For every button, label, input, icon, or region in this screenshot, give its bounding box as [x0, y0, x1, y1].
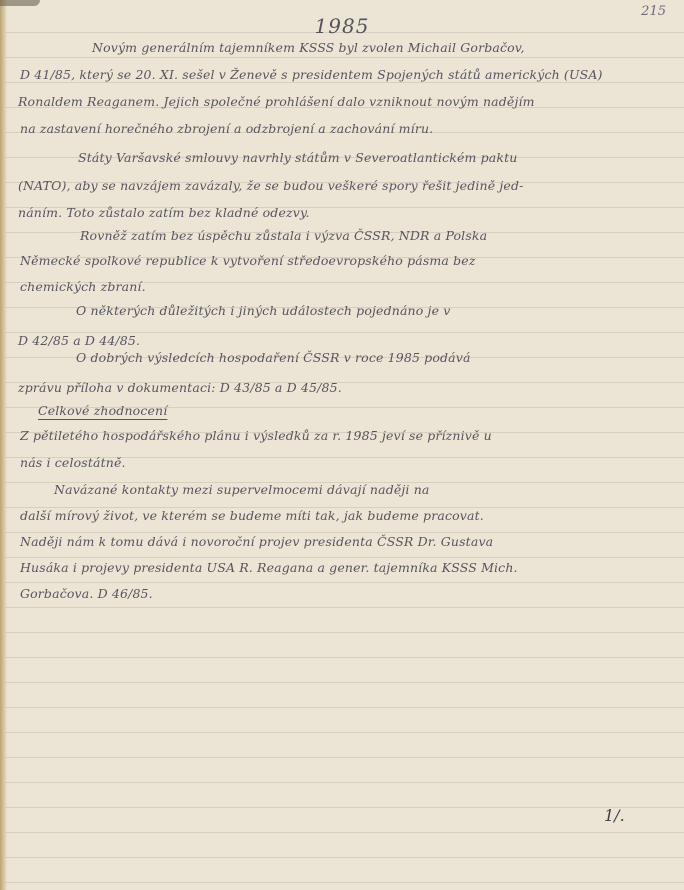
text-line: Německé spolkové republice k vytvoření s…	[20, 253, 476, 268]
section-heading: Celkové zhodnocení	[38, 403, 167, 418]
text-line: Státy Varšavské smlouvy navrhly státům v…	[78, 150, 518, 165]
text-line: Rovněž zatím bez úspěchu zůstala i výzva…	[80, 228, 487, 243]
text-line: (NATO), aby se navzájem zavázaly, že se …	[18, 178, 524, 193]
text-line: další mírový život, ve kterém se budeme …	[20, 508, 484, 523]
text-line: D 42/85 a D 44/85.	[18, 333, 140, 348]
year-heading: 1985	[0, 14, 684, 38]
text-line: Navázané kontakty mezi supervelmocemi dá…	[54, 482, 430, 497]
book-binding-edge	[0, 0, 7, 890]
text-line: Novým generálním tajemníkem KSSS byl zvo…	[92, 40, 525, 55]
text-line: Ronaldem Reaganem. Jejich společné prohl…	[18, 94, 535, 109]
text-line: O dobrých výsledcích hospodaření ČSSR v …	[76, 350, 471, 365]
page-corner-shadow	[0, 0, 40, 6]
text-line: zprávu příloha v dokumentaci: D 43/85 a …	[18, 380, 342, 395]
text-line: Gorbačova. D 46/85.	[20, 586, 153, 601]
handwritten-chronicle-page: 215 1985 Novým generálním tajemníkem KSS…	[0, 0, 684, 890]
text-line: Naději nám k tomu dává i novoroční proje…	[20, 534, 493, 549]
text-line: nás i celostátně.	[20, 455, 126, 470]
text-line: chemických zbraní.	[20, 279, 146, 294]
text-line: Husáka i projevy presidenta USA R. Reaga…	[20, 560, 518, 575]
text-line: D 41/85, který se 20. XI. sešel v Ženevě…	[20, 67, 603, 82]
page-continuation-mark: 1/.	[604, 806, 625, 825]
text-line: O některých důležitých i jiných událoste…	[76, 303, 450, 318]
text-line: náním. Toto zůstalo zatím bez kladné ode…	[18, 205, 310, 220]
text-line: na zastavení horečného zbrojení a odzbro…	[20, 121, 433, 136]
text-line: Z pětiletého hospodářského plánu i výsle…	[20, 428, 492, 443]
